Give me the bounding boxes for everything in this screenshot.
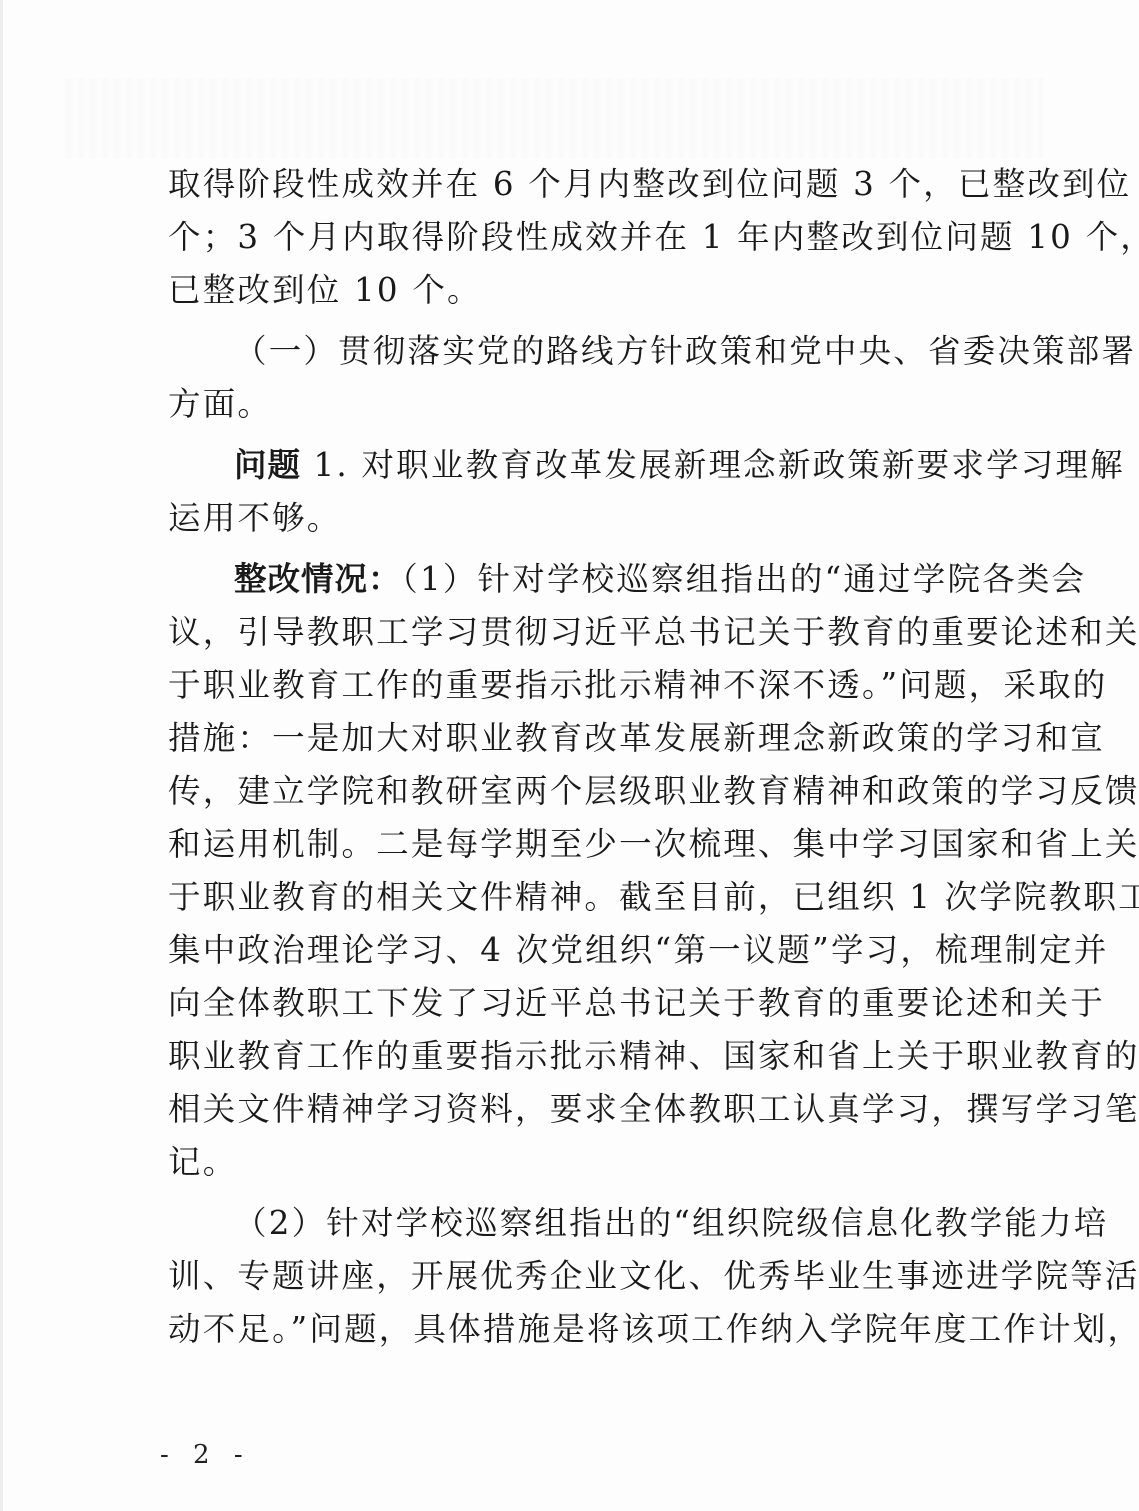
text-line: 动不足。”问题，具体措施是将该项工作纳入学院年度工作计划， xyxy=(168,1303,1008,1356)
issue-text: 1. 对职业教育改革发展新理念新政策新要求学习理解 xyxy=(301,446,1125,484)
document-body: 取得阶段性成效并在 6 个月内整改到位问题 3 个，已整改到位 3 个；3 个月… xyxy=(168,158,1008,1356)
text-line: 方面。 xyxy=(168,378,1008,431)
text-line: 议，引导教职工学习贯彻习近平总书记关于教育的重要论述和关 xyxy=(168,606,1008,659)
text-line: 记。 xyxy=(168,1136,1008,1189)
document-page: 取得阶段性成效并在 6 个月内整改到位问题 3 个，已整改到位 3 个；3 个月… xyxy=(0,0,1139,1511)
text-line: 于职业教育工作的重要指示批示精神不深不透。”问题，采取的 xyxy=(168,659,1008,712)
text-line: 传，建立学院和教研室两个层级职业教育精神和政策的学习反馈 xyxy=(168,765,1008,818)
text-line: 运用不够。 xyxy=(168,492,1008,545)
text-line: 个；3 个月内取得阶段性成效并在 1 年内整改到位问题 10 个， xyxy=(168,211,1008,264)
text-line: 向全体教职工下发了习近平总书记关于教育的重要论述和关于 xyxy=(168,977,1008,1030)
text-line: 问题 1. 对职业教育改革发展新理念新政策新要求学习理解 xyxy=(168,439,1008,492)
text-line: （一）贯彻落实党的路线方针政策和党中央、省委决策部署 xyxy=(168,325,1008,378)
issue-label: 问题 xyxy=(234,446,301,484)
text-line: 集中政治理论学习、4 次党组织“第一议题”学习，梳理制定并 xyxy=(168,924,1008,977)
text-line: 职业教育工作的重要指示批示精神、国家和省上关于职业教育的 xyxy=(168,1030,1008,1083)
rectification-label: 整改情况： xyxy=(234,560,402,598)
rectification-paragraph: 整改情况：（1）针对学校巡察组指出的“通过学院各类会 议，引导教职工学习贯彻习近… xyxy=(168,553,1008,1189)
text-line: 和运用机制。二是每学期至少一次梳理、集中学习国家和省上关 xyxy=(168,818,1008,871)
text-line: 相关文件精神学习资料，要求全体教职工认真学习，撰写学习笔 xyxy=(168,1083,1008,1136)
text-line: 整改情况：（1）针对学校巡察组指出的“通过学院各类会 xyxy=(168,553,1008,606)
text-line: 于职业教育的相关文件精神。截至目前，已组织 1 次学院教职工 xyxy=(168,871,1008,924)
text-line: 取得阶段性成效并在 6 个月内整改到位问题 3 个，已整改到位 3 xyxy=(168,158,1008,211)
rectification-text: （1）针对学校巡察组指出的“通过学院各类会 xyxy=(402,560,1087,598)
text-line: 措施：一是加大对职业教育改革发展新理念新政策的学习和宣 xyxy=(168,712,1008,765)
issue-paragraph: 问题 1. 对职业教育改革发展新理念新政策新要求学习理解 运用不够。 xyxy=(168,439,1008,545)
text-line: 训、专题讲座，开展优秀企业文化、优秀毕业生事迹进学院等活 xyxy=(168,1250,1008,1303)
rectification-item-paragraph: （2）针对学校巡察组指出的“组织院级信息化教学能力培 训、专题讲座，开展优秀企业… xyxy=(168,1197,1008,1356)
paragraph-continuation: 取得阶段性成效并在 6 个月内整改到位问题 3 个，已整改到位 3 个；3 个月… xyxy=(168,158,1008,317)
text-line: （2）针对学校巡察组指出的“组织院级信息化教学能力培 xyxy=(168,1197,1008,1250)
section-heading: （一）贯彻落实党的路线方针政策和党中央、省委决策部署 方面。 xyxy=(168,325,1008,431)
text-line: 已整改到位 10 个。 xyxy=(168,264,1008,317)
show-through-artifact xyxy=(63,78,1043,158)
page-number: - 2 - xyxy=(160,1440,251,1470)
